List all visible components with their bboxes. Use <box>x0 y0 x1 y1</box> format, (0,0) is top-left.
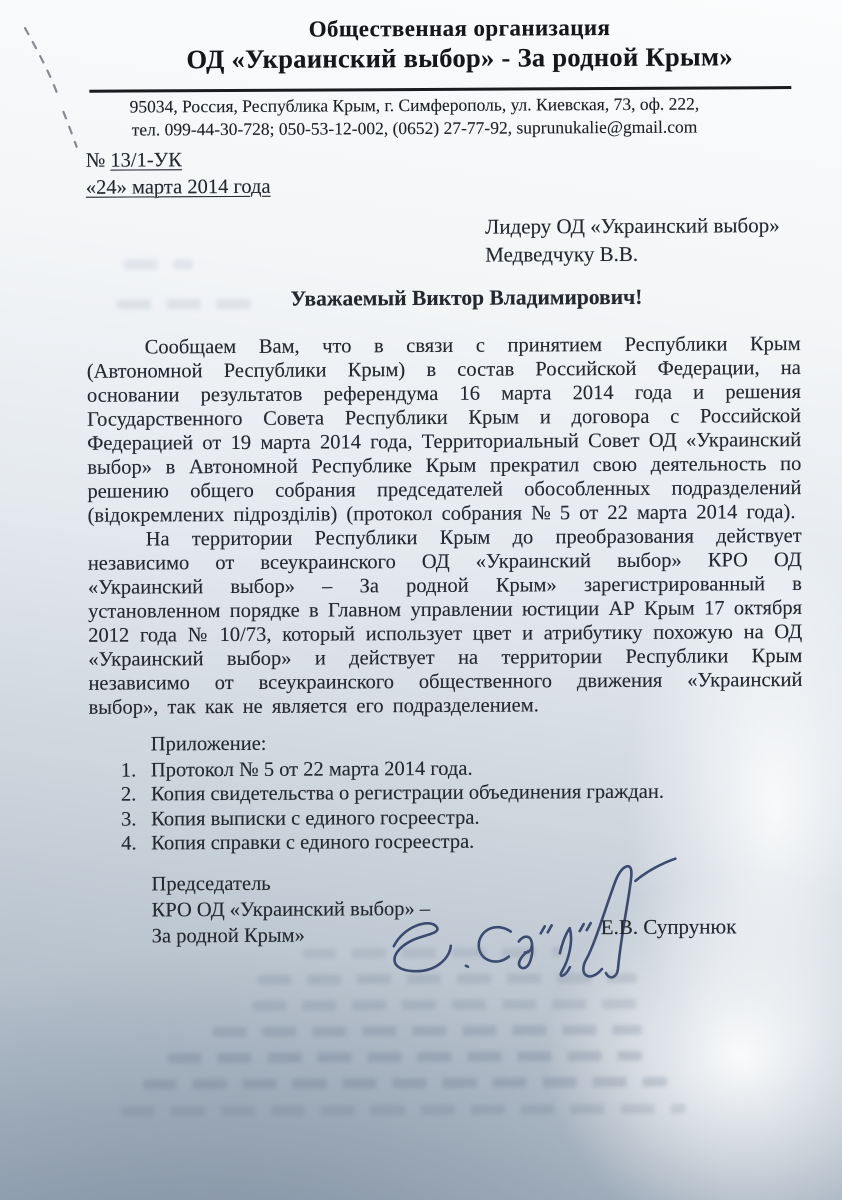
attachments-block: Приложение: 1. Протокол № 5 от 22 марта … <box>121 729 742 856</box>
attachment-item: 1. Протокол № 5 от 22 марта 2014 года. <box>121 755 741 783</box>
letterhead-contacts: 95034, Россия, Республика Крым, г. Симфе… <box>89 92 739 140</box>
attachment-item: 2. Копия свидетельства о регистрации объ… <box>121 779 741 807</box>
bleedthrough-text <box>121 1104 686 1117</box>
letter-body: Сообщаем Вам, что в связи с принятием Ре… <box>87 332 803 720</box>
org-type: Общественная организация <box>127 14 792 43</box>
pen-scratch-mark <box>11 20 102 160</box>
bleedthrough-text <box>167 1051 642 1063</box>
body-paragraph-1: Сообщаем Вам, что в связи с принятием Ре… <box>87 332 802 528</box>
attachment-item: 3. Копия выписки с единого госреестра. <box>121 804 741 832</box>
letterhead: Общественная организация ОД «Украинский … <box>127 14 792 75</box>
reference-block: № 13/1-УК «24» марта 2014 года <box>86 147 271 202</box>
bleedthrough-text <box>116 299 261 310</box>
attachment-number: 4. <box>121 831 151 856</box>
bleedthrough-text <box>302 947 562 958</box>
bleedthrough-text <box>123 259 193 269</box>
recipient-name: Медведчуку В.В. <box>485 240 780 269</box>
org-name: ОД «Украинский выбор» - За родной Крым» <box>127 41 792 75</box>
number-sign: № <box>86 150 106 172</box>
signer-name: Е.В. Супрунюк <box>601 914 737 940</box>
attachment-number: 2. <box>121 782 151 807</box>
attachment-text: Копия свидетельства о регистрации объеди… <box>151 780 664 807</box>
bleedthrough-text <box>257 973 637 985</box>
attachment-text: Протокол № 5 от 22 марта 2014 года. <box>151 756 473 782</box>
recipient-block: Лидеру ОД «Украинский выбор» Медведчуку … <box>485 212 780 269</box>
body-paragraph-2: На территории Республики Крым до преобра… <box>88 524 803 720</box>
reference-number: № 13/1-УК <box>86 147 271 175</box>
scanned-letter-page: Общественная организация ОД «Украинский … <box>0 0 842 1200</box>
letter-date: «24» марта 2014 года <box>86 174 271 202</box>
bleedthrough-text <box>212 1025 642 1037</box>
org-address: 95034, Россия, Республика Крым, г. Симфе… <box>89 92 739 118</box>
bleedthrough-text <box>143 1077 668 1090</box>
attachment-text: Копия выписки с единого госреестра. <box>151 805 480 831</box>
attachment-number: 1. <box>121 758 151 783</box>
attachments-title: Приложение: <box>151 729 741 757</box>
bleedthrough-text <box>252 999 642 1011</box>
recipient-title: Лидеру ОД «Украинский выбор» <box>485 212 780 241</box>
letter-document: Общественная организация ОД «Украинский … <box>0 0 842 1200</box>
number-value: 13/1-УК <box>110 149 182 171</box>
attachment-number: 3. <box>121 807 151 832</box>
org-phones-email: тел. 099-44-30-728; 050-53-12-002, (0652… <box>89 115 739 141</box>
